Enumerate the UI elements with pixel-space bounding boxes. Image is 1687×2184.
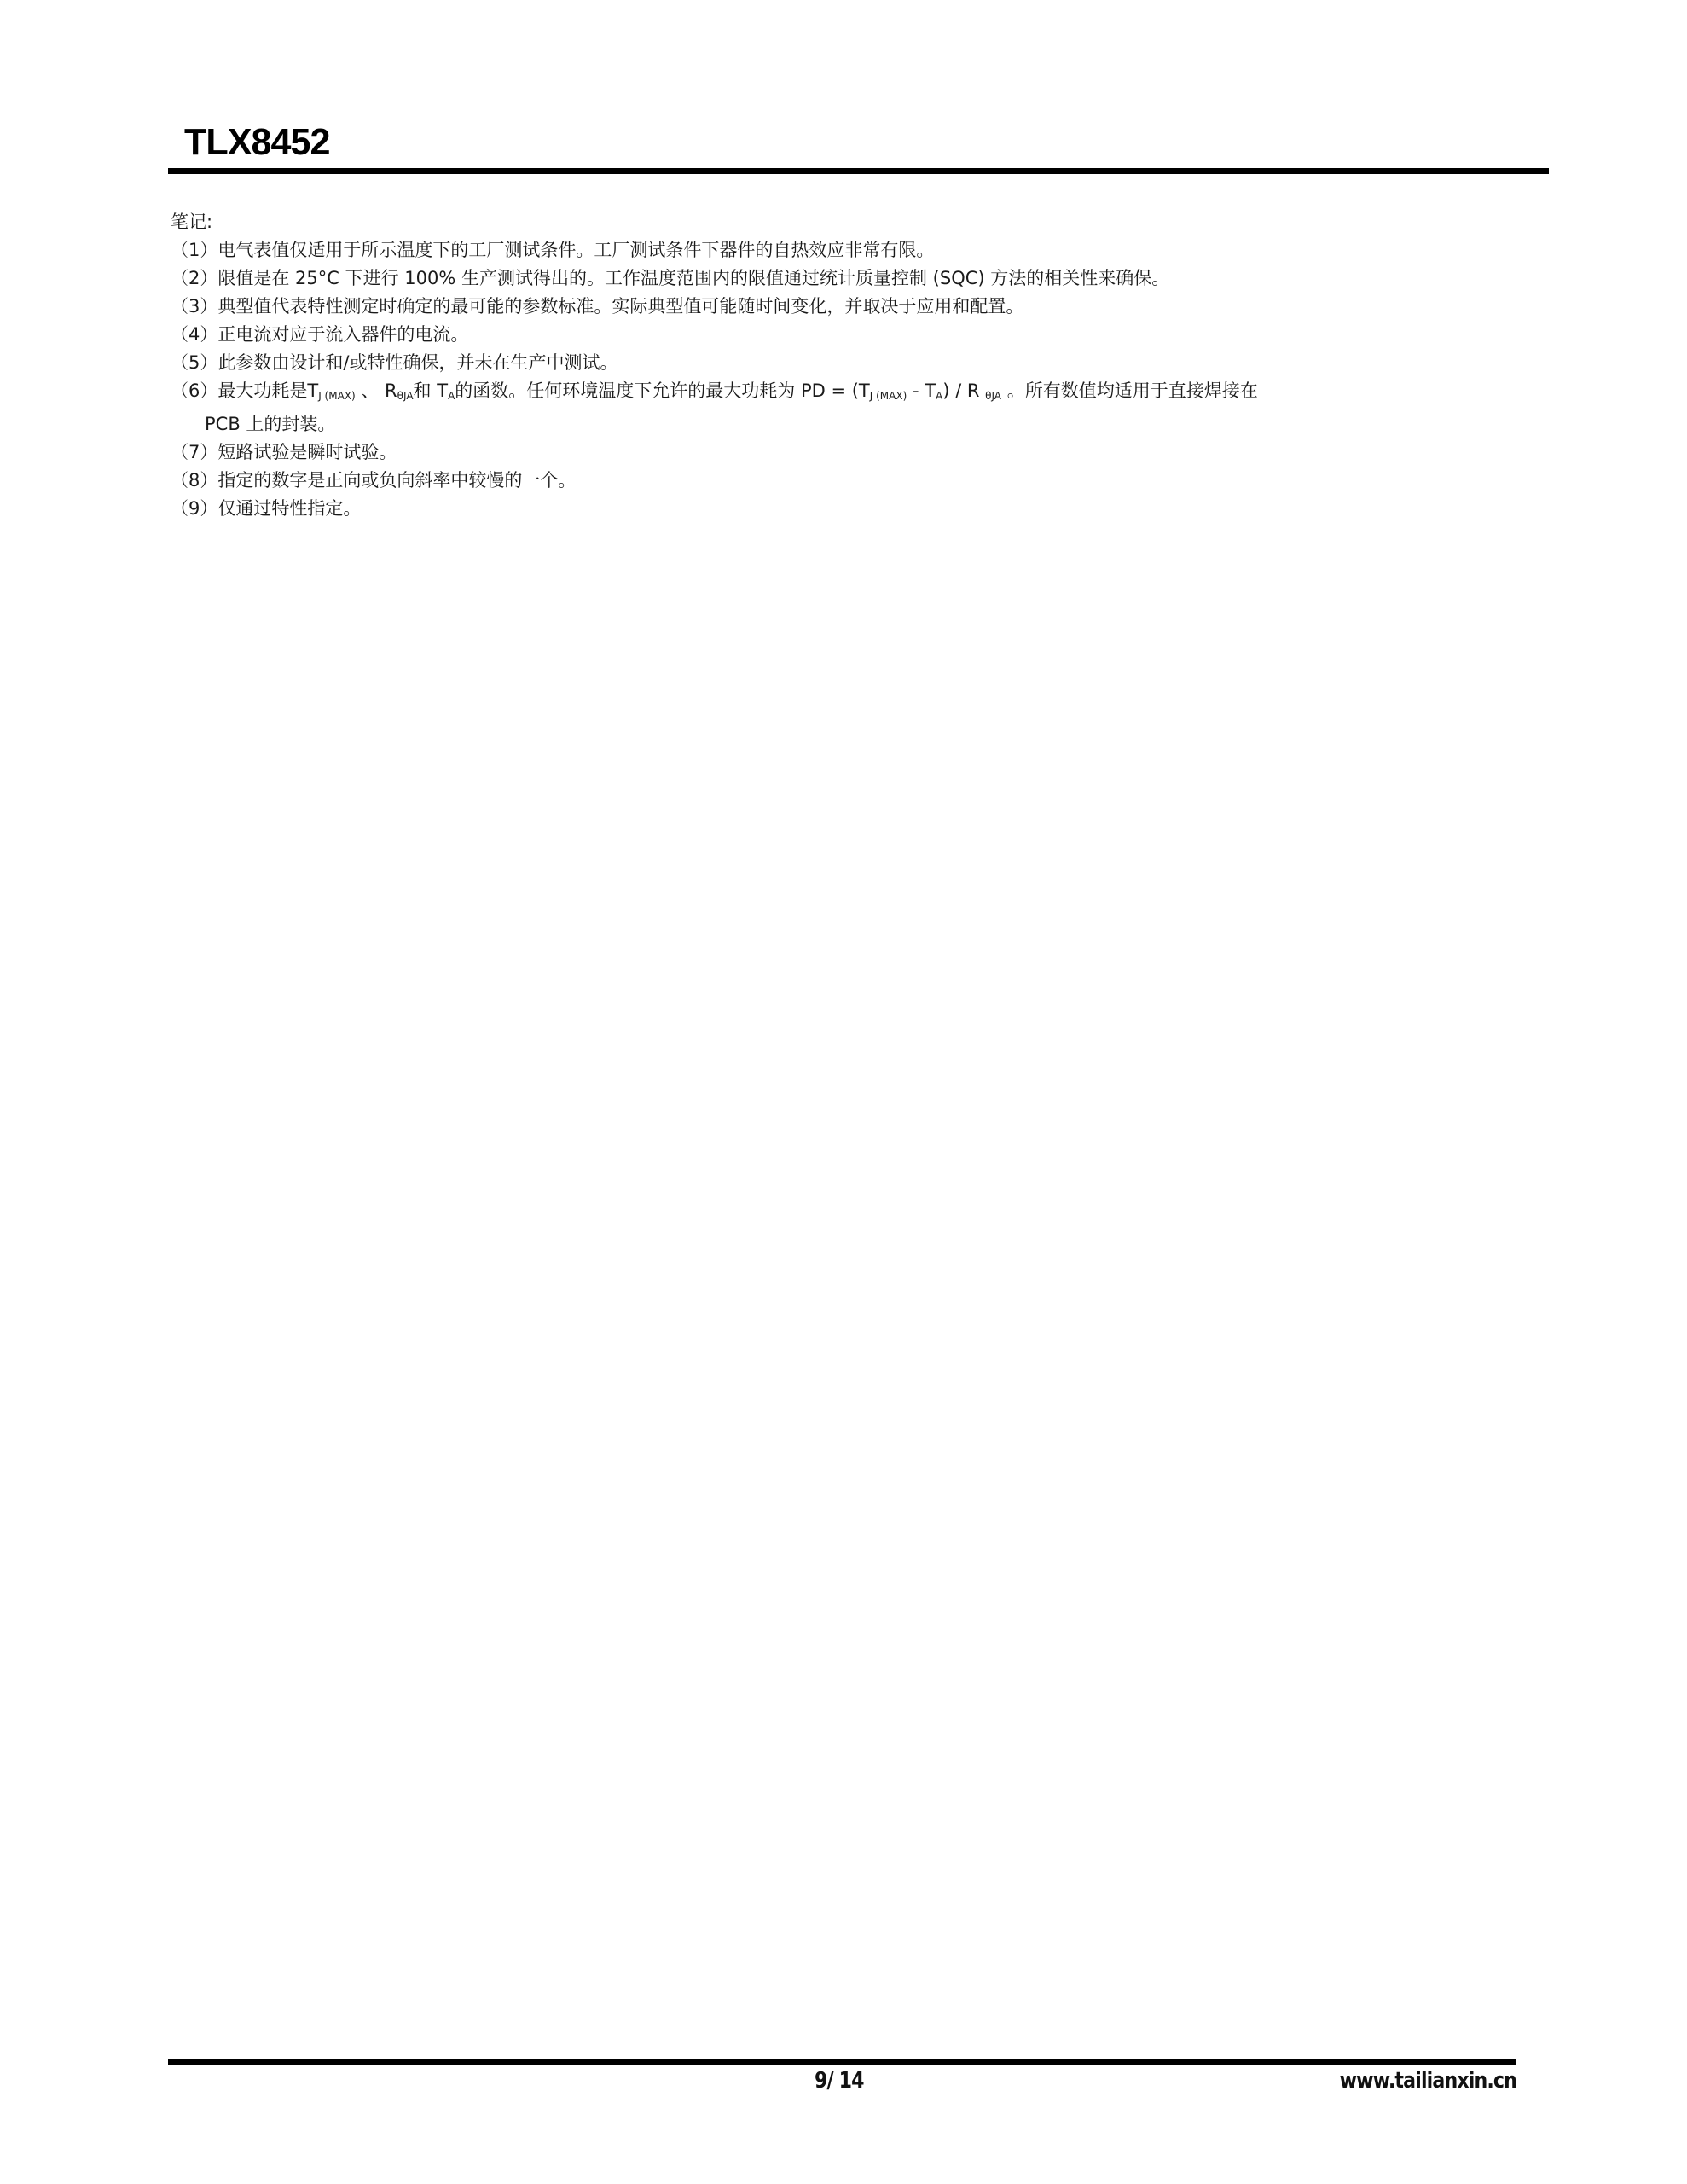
note-number: （3）: [171, 296, 217, 317]
note-8: （8）指定的数字是正向或负向斜率中较慢的一个。: [171, 467, 1535, 495]
subscript: J (MAX): [318, 390, 356, 402]
page-number: 9/ 14: [815, 2068, 864, 2094]
note-text: 。所有数值均适用于直接焊接在: [1001, 380, 1258, 401]
note-1: （1）电气表值仅适用于所示温度下的工厂测试条件。工厂测试条件下器件的自热效应非常…: [171, 236, 1535, 264]
note-number: （5）: [171, 352, 217, 373]
subscript: θJA: [397, 390, 414, 402]
note-3: （3）典型值代表特性测定时确定的最可能的参数标准。实际典型值可能随时间变化，并取…: [171, 293, 1535, 321]
note-text: 限值是在 25°C 下进行 100% 生产测试得出的。工作温度范围内的限值通过统…: [217, 268, 1169, 288]
note-number: （6）: [171, 380, 217, 401]
footer-divider: [168, 2059, 1516, 2065]
subscript: J (MAX): [870, 390, 907, 402]
note-4: （4）正电流对应于流入器件的电流。: [171, 321, 1535, 349]
note-6-continuation: PCB 上的封装。: [171, 410, 1535, 439]
note-9: （9）仅通过特性指定。: [171, 495, 1535, 523]
note-text: - T: [907, 380, 936, 401]
note-6: （6）最大功耗是TJ (MAX) 、 RθJA和 TA的函数。任何环境温度下允许…: [171, 377, 1535, 410]
note-text: 此参数由设计和/或特性确保，并未在生产中测试。: [217, 352, 617, 373]
note-text: 典型值代表特性测定时确定的最可能的参数标准。实际典型值可能随时间变化，并取决于应…: [217, 296, 1023, 317]
note-text: 的函数。任何环境温度下允许的最大功耗为 PD = (T: [455, 380, 869, 401]
notes-heading: 笔记:: [171, 208, 1535, 236]
note-number: （8）: [171, 470, 217, 491]
note-text: 最大功耗是T: [217, 380, 318, 401]
note-number: （2）: [171, 268, 217, 288]
note-5: （5）此参数由设计和/或特性确保，并未在生产中测试。: [171, 349, 1535, 377]
website-link[interactable]: www.tailianxin.cn: [1340, 2068, 1516, 2094]
note-text: 指定的数字是正向或负向斜率中较慢的一个。: [217, 470, 576, 491]
note-2: （2）限值是在 25°C 下进行 100% 生产测试得出的。工作温度范围内的限值…: [171, 264, 1535, 293]
header-divider: [168, 168, 1549, 174]
note-number: （9）: [171, 498, 217, 519]
note-number: （1）: [171, 240, 217, 260]
note-text: 正电流对应于流入器件的电流。: [217, 324, 468, 345]
document-title: TLX8452: [184, 121, 330, 164]
subscript: θJA: [985, 390, 1001, 402]
note-text: ) / R: [942, 380, 985, 401]
notes-section: 笔记: （1）电气表值仅适用于所示温度下的工厂测试条件。工厂测试条件下器件的自热…: [171, 208, 1535, 523]
note-text: 、 R: [356, 380, 397, 401]
note-text: 电气表值仅适用于所示温度下的工厂测试条件。工厂测试条件下器件的自热效应非常有限。: [217, 240, 934, 260]
note-7: （7）短路试验是瞬时试验。: [171, 439, 1535, 467]
note-text: 仅通过特性指定。: [217, 498, 361, 519]
note-text: 和 T: [414, 380, 449, 401]
note-text: 短路试验是瞬时试验。: [217, 442, 397, 462]
note-number: （7）: [171, 442, 217, 462]
note-number: （4）: [171, 324, 217, 345]
